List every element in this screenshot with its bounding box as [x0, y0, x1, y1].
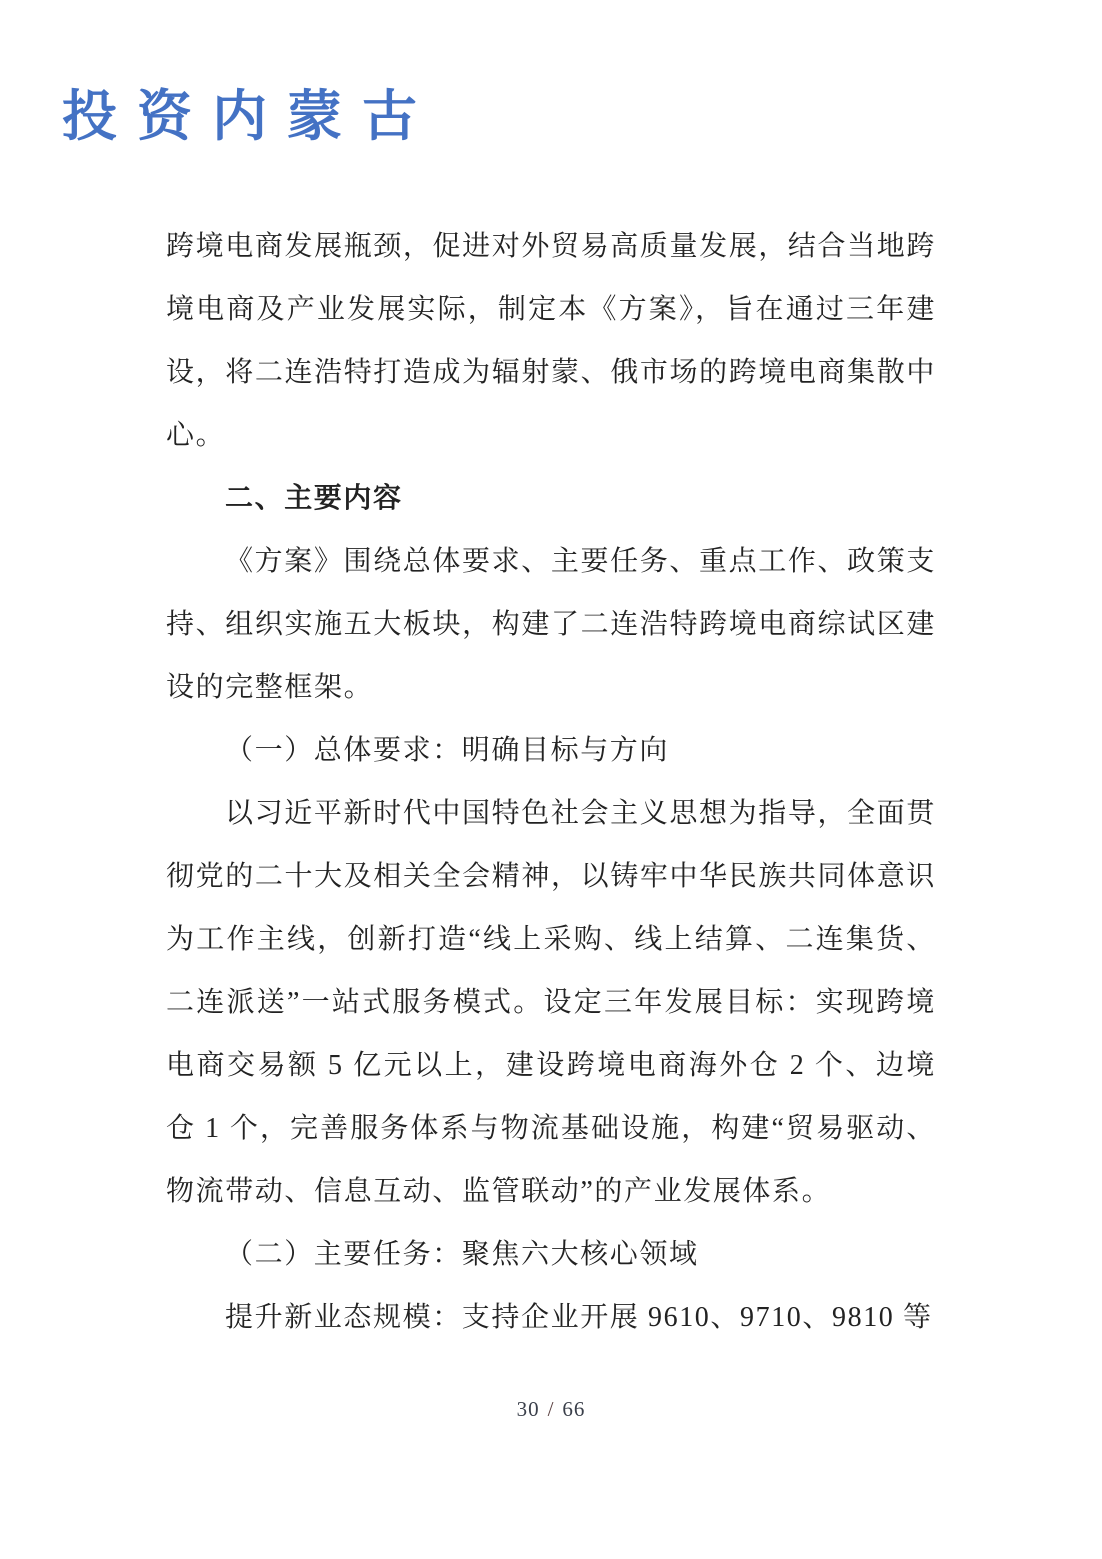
body-paragraph: 提升新业态规模：支持企业开展 9610、9710、9810 等 — [166, 1286, 936, 1349]
subsection-heading-1: （一）总体要求：明确目标与方向 — [166, 719, 936, 782]
total-page-count: 66 — [562, 1397, 585, 1421]
subsection-heading-2: （二）主要任务：聚焦六大核心领域 — [166, 1223, 936, 1286]
document-page: 投资内蒙古 跨境电商发展瓶颈，促进对外贸易高质量发展，结合当地跨境电商及产业发展… — [0, 0, 1102, 1559]
current-page-number: 30 — [517, 1397, 540, 1421]
body-paragraph: 以习近平新时代中国特色社会主义思想为指导，全面贯彻党的二十大及相关全会精神，以铸… — [166, 782, 936, 1223]
body-paragraph: 《方案》围绕总体要求、主要任务、重点工作、政策支持、组织实施五大板块，构建了二连… — [166, 530, 936, 719]
page-number-separator: / — [548, 1397, 555, 1421]
page-footer: 30/66 — [0, 1394, 1102, 1424]
body-paragraph-continued: 跨境电商发展瓶颈，促进对外贸易高质量发展，结合当地跨境电商及产业发展实际，制定本… — [166, 215, 936, 467]
section-heading: 二、主要内容 — [166, 467, 936, 530]
brand-title: 投资内蒙古 — [62, 84, 437, 150]
document-body: 跨境电商发展瓶颈，促进对外贸易高质量发展，结合当地跨境电商及产业发展实际，制定本… — [166, 215, 936, 1349]
